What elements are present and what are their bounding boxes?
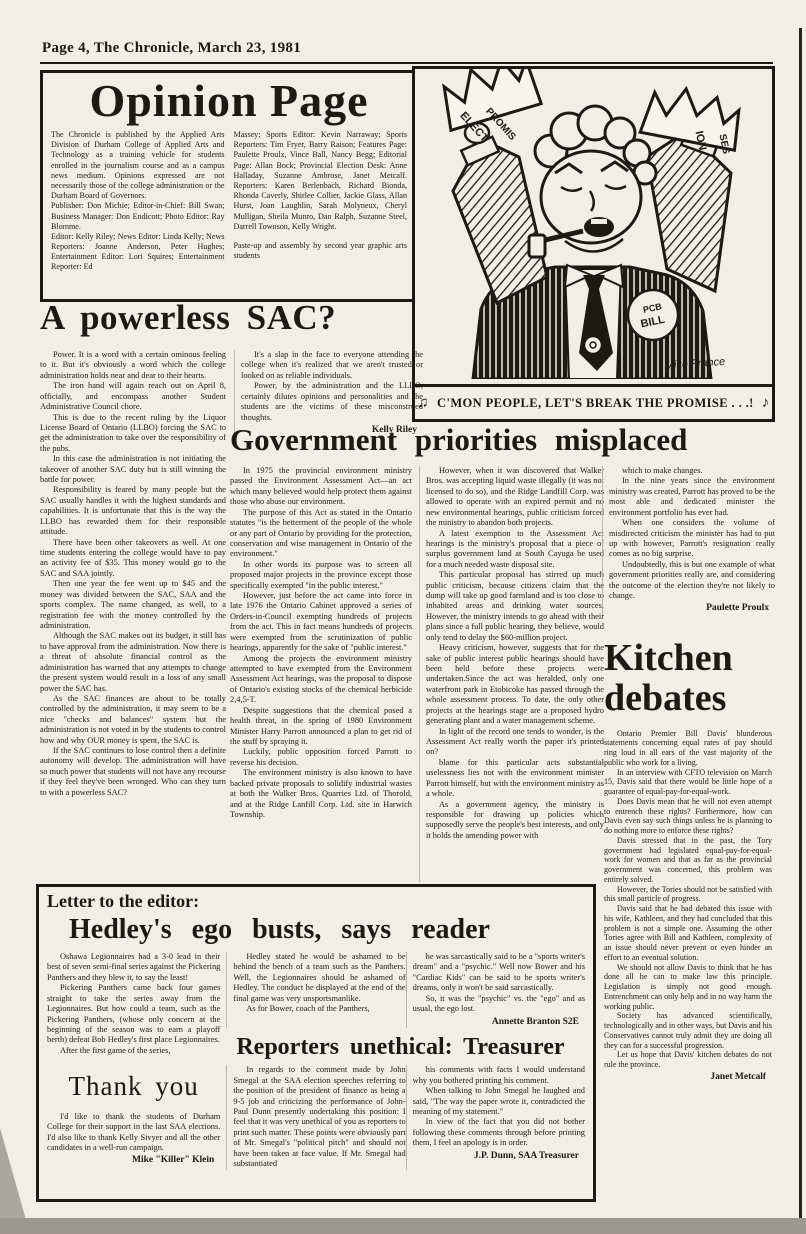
letter-column-3-text: he was sarcastically said to be a "sport… xyxy=(413,952,585,1015)
paragraph: Undoubtedly, this is but one example of … xyxy=(609,560,775,602)
byline: Mike "Killer" Klein xyxy=(47,1155,220,1167)
paragraph: We should not allow Davis to think that … xyxy=(604,963,772,1012)
paragraph: Heavy criticism, however, suggests that … xyxy=(426,643,604,726)
byline: J.P. Dunn, SAA Treasurer xyxy=(413,1151,585,1163)
paragraph: Editor: Kelly Riley; News Editor: Linda … xyxy=(51,232,225,273)
paragraph: his comments with facts I would understa… xyxy=(413,1065,585,1086)
byline: Janet Metcalf xyxy=(604,1072,772,1082)
paragraph: If the SAC continues to lose control the… xyxy=(40,746,226,798)
paragraph: However, the Tories should not be satisf… xyxy=(604,885,772,905)
gov-article-column-3: which to make changes.In the nine years … xyxy=(602,466,775,615)
sac-article-column-1: Power. It is a word with a certain omino… xyxy=(40,350,226,880)
paragraph: Responsibility is feared by many people … xyxy=(40,485,226,537)
gov-article-column-1: In 1975 the provincial environment minis… xyxy=(230,466,412,882)
kitchen-debates-article: Kitchen debates Ontario Premier Bill Dav… xyxy=(604,638,772,1208)
gov-article-headline: Government priorities misplaced xyxy=(230,422,775,458)
paragraph: In the nine years since the environment … xyxy=(609,476,775,518)
paragraph: I'd like to thank the students of Durham… xyxy=(47,1112,220,1154)
paragraph: Paste-up and assembly by second year gra… xyxy=(234,241,408,261)
paragraph: Davis said that he had debated this issu… xyxy=(604,904,772,963)
music-note-icon: ♪ xyxy=(762,395,770,412)
paragraph: Oshawa Legionnaires had a 3-0 lead in th… xyxy=(47,952,220,983)
hedley-letter-headline: Hedley's ego busts, says reader xyxy=(69,914,585,946)
paragraph: It's a slap in the face to everyone atte… xyxy=(241,350,423,381)
paragraph: A latest exemption to the Assessment Act… xyxy=(426,529,604,571)
thank-you-letter: Thank you I'd like to thank the students… xyxy=(47,1070,220,1167)
paragraph: After the first game of the series, xyxy=(47,1046,220,1056)
letter-column-2: Hedley stated he would be ashamed to be … xyxy=(226,952,405,1028)
paragraph: Power. It is a word with a certain omino… xyxy=(40,350,226,381)
thank-you-text: I'd like to thank the students of Durham… xyxy=(47,1112,220,1154)
paragraph: This is due to the recent ruling by the … xyxy=(40,413,226,455)
paragraph: blame for this particular acts substanti… xyxy=(426,758,604,800)
paragraph: When talking to John Smegal he laughed a… xyxy=(413,1086,585,1117)
sac-article-headline: A powerless SAC? xyxy=(40,298,336,338)
paragraph: Let us hope that Davis' kitchen debates … xyxy=(604,1050,772,1070)
paragraph: In an interview with CFTO television on … xyxy=(604,768,772,797)
byline: Paulette Proulx xyxy=(609,603,775,615)
scan-edge-line xyxy=(799,28,802,1224)
reporters-column-2: his comments with facts I would understa… xyxy=(406,1065,585,1169)
reporters-column-2-text: his comments with facts I would understa… xyxy=(413,1065,585,1148)
paragraph: Although the SAC makes out its budget, i… xyxy=(40,631,226,694)
paragraph: Pickering Panthers came back four games … xyxy=(47,983,220,1046)
paragraph: As the SAC finances are about to be tota… xyxy=(40,694,226,746)
letter-to-editor-label: Letter to the editor: xyxy=(47,891,585,912)
opinion-page-title: Opinion Page xyxy=(43,74,415,127)
paragraph: Massey; Sports Editor: Kevin Narraway; S… xyxy=(234,130,408,232)
paragraph: As a government agency, the ministry is … xyxy=(426,800,604,842)
paragraph: Power, by the administration and the LLB… xyxy=(241,381,423,423)
gov-article-column-2: However, when it was discovered that Wal… xyxy=(419,466,604,882)
masthead-column-2: Massey; Sports Editor: Kevin Narraway; S… xyxy=(234,130,408,290)
paragraph: Among the projects the environment minis… xyxy=(230,654,412,706)
paragraph: In this case the administration is not i… xyxy=(40,454,226,485)
reporters-unethical-headline: Reporters unethical: Treasurer xyxy=(236,1034,585,1061)
paragraph: When one considers the volume of misdire… xyxy=(609,518,775,560)
letter-column-1-text: Oshawa Legionnaires had a 3-0 lead in th… xyxy=(47,952,220,1056)
paragraph: This particular proposal has stirred up … xyxy=(426,570,604,643)
paragraph: In light of the record one tends to wond… xyxy=(426,727,604,758)
paragraph: Ontario Premier Bill Davis' blunderous s… xyxy=(604,729,772,768)
paragraph: Then one year the fee went up to $45 and… xyxy=(40,579,226,631)
sac-column-2-text: It's a slap in the face to everyone atte… xyxy=(241,350,423,423)
cartoon-drawing: ELECT PROMIS ION SES xyxy=(415,69,766,379)
paragraph: In other words its purpose was to screen… xyxy=(230,560,412,591)
paragraph: Despite suggestions that the chemical po… xyxy=(230,706,412,748)
cartoon-badge: PCB BILL xyxy=(628,290,678,340)
reporters-column-1: In regards to the comment made by John S… xyxy=(226,1065,405,1169)
paragraph: Publisher: Don Michie; Editor-in-Chief: … xyxy=(51,201,225,232)
scan-corner-shadow xyxy=(0,1128,26,1220)
masthead-columns: The Chronicle is published by the Applie… xyxy=(43,130,415,290)
page-header: Page 4, The Chronicle, March 23, 1981 xyxy=(42,40,301,57)
cartoon-caption-text: C'MON PEOPLE, LET'S BREAK THE PROMISE . … xyxy=(437,396,754,411)
paragraph: There have been other takeovers as well.… xyxy=(40,538,226,580)
kitchen-debates-text: Ontario Premier Bill Davis' blunderous s… xyxy=(604,729,772,1070)
paragraph: The iron hand will again reach out on Ap… xyxy=(40,381,226,412)
masthead-box: Opinion Page The Chronicle is published … xyxy=(40,70,418,302)
cartoon-right-arm xyxy=(647,131,731,291)
paragraph: However, just before the act came into f… xyxy=(230,591,412,654)
paragraph: Does Davis mean that he will not even at… xyxy=(604,797,772,836)
paragraph: In regards to the comment made by John S… xyxy=(233,1065,405,1169)
paragraph: Society has advanced scientifically, tec… xyxy=(604,1011,772,1050)
paragraph: Luckily, public opposition forced Parrot… xyxy=(230,747,412,768)
thank-you-headline: Thank you xyxy=(47,1070,220,1103)
paragraph: However, when it was discovered that Wal… xyxy=(426,466,604,529)
paragraph: In 1975 the provincial environment minis… xyxy=(230,466,412,508)
letter-column-3: he was sarcastically said to be a "sport… xyxy=(406,952,585,1028)
paragraph: The purpose of this Act as stated in the… xyxy=(230,508,412,560)
gov-column-3-text: which to make changes.In the nine years … xyxy=(609,466,775,601)
masthead-column-1: The Chronicle is published by the Applie… xyxy=(51,130,225,290)
letter-columns: Oshawa Legionnaires had a 3-0 lead in th… xyxy=(47,952,585,1170)
paragraph: he was sarcastically said to be a "sport… xyxy=(413,952,585,994)
editorial-cartoon: ELECT PROMIS ION SES xyxy=(412,66,775,422)
newspaper-page: Page 4, The Chronicle, March 23, 1981 Op… xyxy=(0,0,806,1218)
tie-label: PC xyxy=(586,309,604,325)
paragraph: which to make changes. xyxy=(609,466,775,476)
letter-to-editor-box: Letter to the editor: Hedley's ego busts… xyxy=(36,884,596,1202)
paragraph: Davis stressed that in the past, the Tor… xyxy=(604,836,772,885)
kitchen-debates-headline: Kitchen debates xyxy=(604,638,772,719)
cartoon-caption: ♫ C'MON PEOPLE, LET'S BREAK THE PROMISE … xyxy=(415,384,772,419)
letter-column-1: Oshawa Legionnaires had a 3-0 lead in th… xyxy=(47,952,226,1170)
paragraph: The environment ministry is also known t… xyxy=(230,768,412,820)
paragraph: Hedley stated he would be ashamed to be … xyxy=(233,952,405,1004)
paragraph: As for Bower, coach of the Panthers, xyxy=(233,1004,405,1014)
byline: Annette Branton S2E xyxy=(413,1017,585,1029)
paragraph: In view of the fact that you did not bot… xyxy=(413,1117,585,1148)
cartoon-pipe xyxy=(529,231,583,257)
paragraph: The Chronicle is published by the Applie… xyxy=(51,130,225,201)
scanner-background xyxy=(0,1218,806,1234)
header-rule xyxy=(40,62,773,64)
paragraph: So, it was the "psychic" vs. the "ego" a… xyxy=(413,994,585,1015)
